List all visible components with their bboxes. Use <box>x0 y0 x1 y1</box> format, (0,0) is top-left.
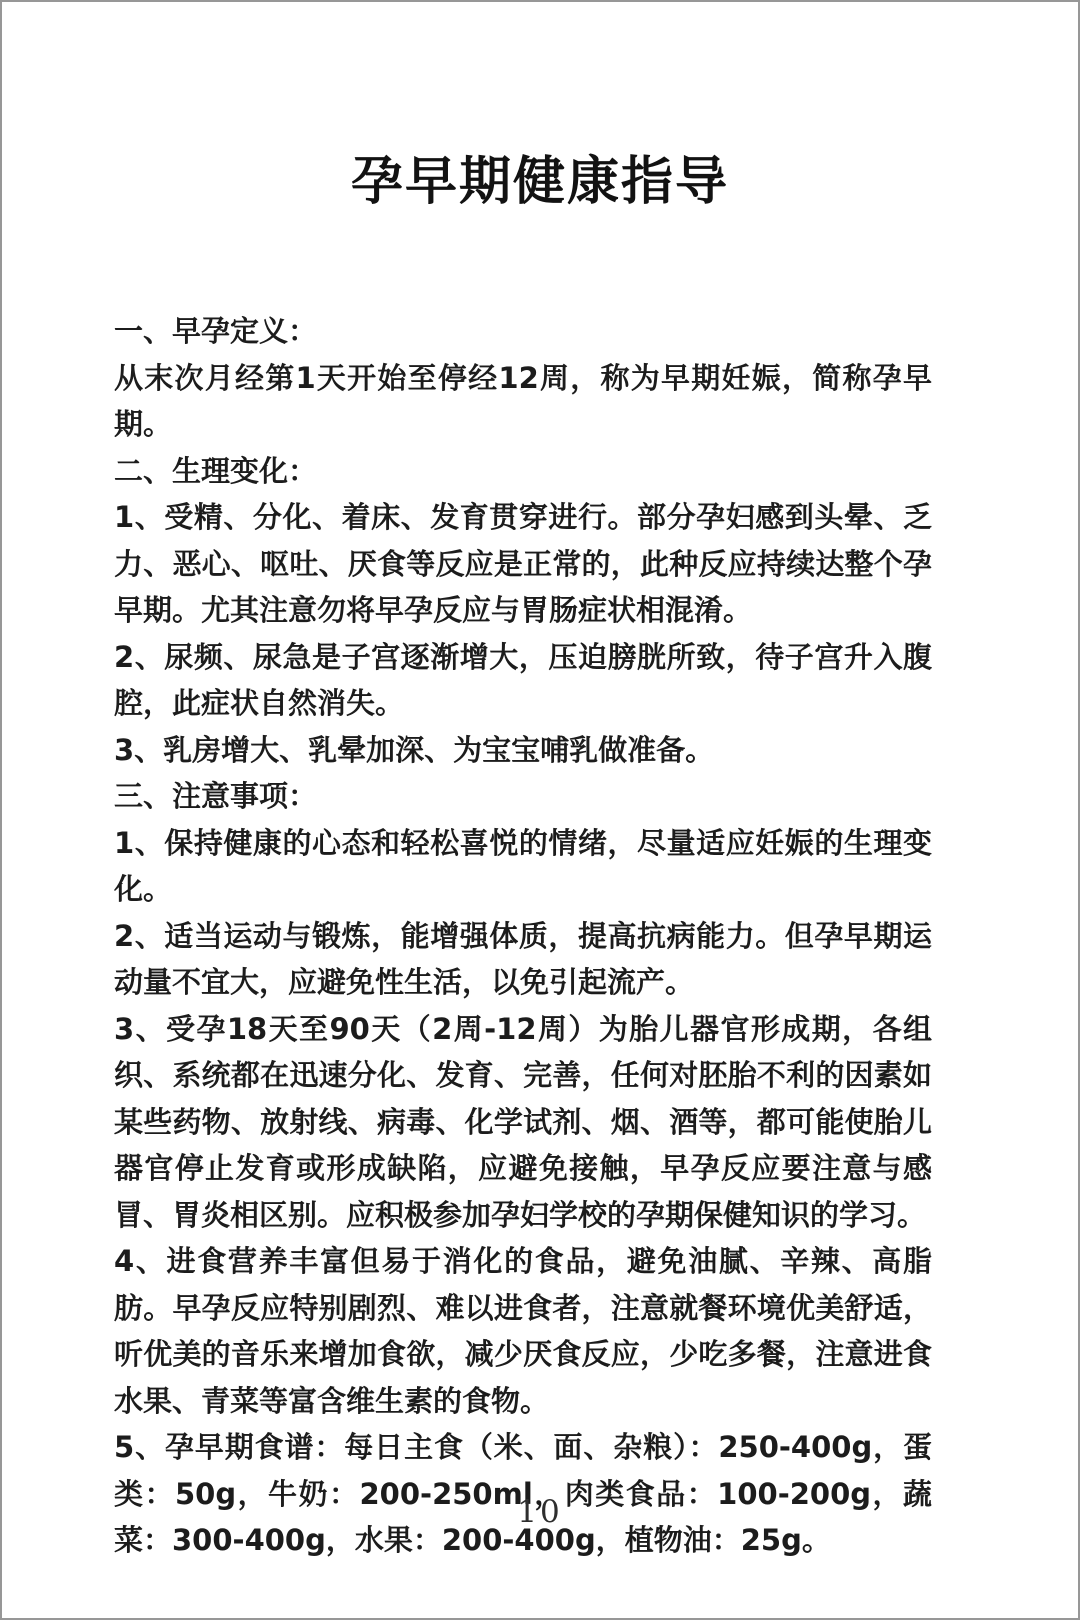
paragraph: 三、注意事项： <box>114 773 932 820</box>
paragraph: 4、进食营养丰富但易于消化的食品，避免油腻、辛辣、高脂肪。早孕反应特别剧烈、难以… <box>114 1238 932 1424</box>
page-number: 10 <box>2 1494 1078 1530</box>
paragraph: 1、受精、分化、着床、发育贯穿进行。部分孕妇感到头晕、乏力、恶心、呕吐、厌食等反… <box>114 494 932 634</box>
document-page: 孕早期健康指导 一、早孕定义：从末次月经第1天开始至停经12周，称为早期妊娠，简… <box>0 0 1080 1620</box>
paragraph: 一、早孕定义： <box>114 308 932 355</box>
page-title: 孕早期健康指导 <box>2 150 1078 214</box>
paragraph: 二、生理变化： <box>114 448 932 495</box>
document-body: 一、早孕定义：从末次月经第1天开始至停经12周，称为早期妊娠，简称孕早期。二、生… <box>114 308 932 1564</box>
paragraph: 3、受孕18天至90天（2周-12周）为胎儿器官形成期，各组织、系统都在迅速分化… <box>114 1006 932 1239</box>
paragraph: 从末次月经第1天开始至停经12周，称为早期妊娠，简称孕早期。 <box>114 355 932 448</box>
paragraph: 1、保持健康的心态和轻松喜悦的情绪，尽量适应妊娠的生理变化。 <box>114 820 932 913</box>
paragraph: 3、乳房增大、乳晕加深、为宝宝哺乳做准备。 <box>114 727 932 774</box>
paragraph: 2、适当运动与锻炼，能增强体质，提高抗病能力。但孕早期运动量不宜大，应避免性生活… <box>114 913 932 1006</box>
paragraph: 2、尿频、尿急是子宫逐渐增大，压迫膀胱所致，待子宫升入腹腔，此症状自然消失。 <box>114 634 932 727</box>
